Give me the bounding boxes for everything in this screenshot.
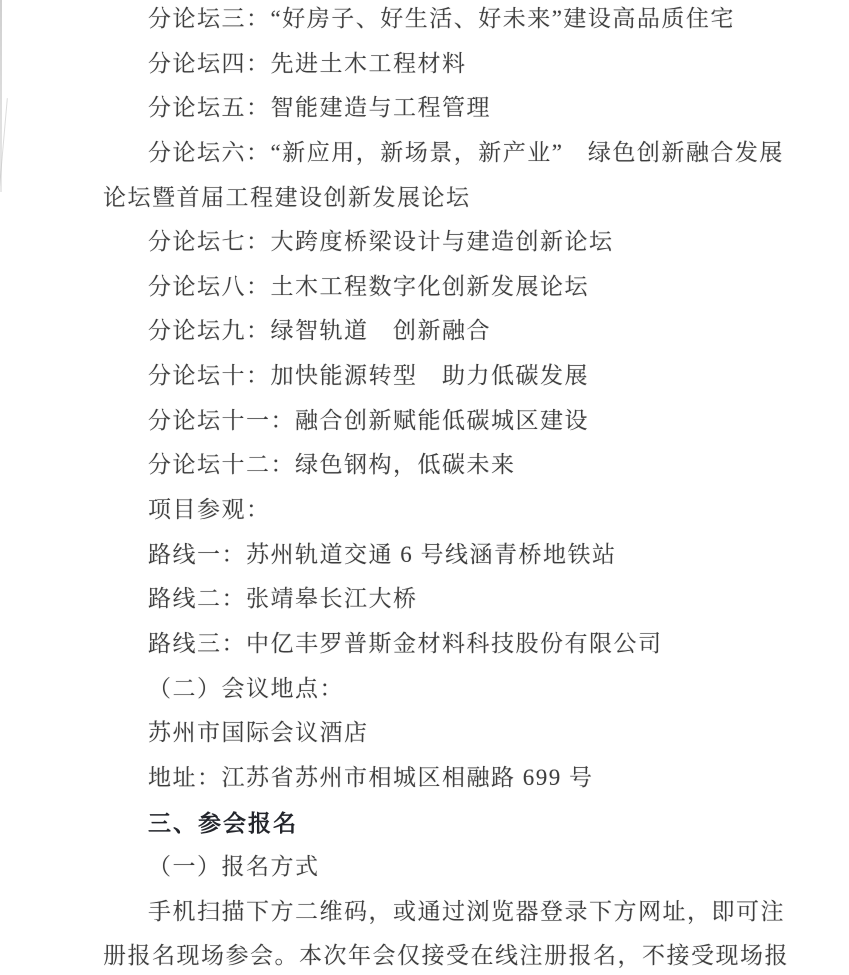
project-visit-label: 项目参观： bbox=[0, 488, 849, 533]
scanned-document-page: 分论坛三：“好房子、好生活、好未来”建设高品质住宅 分论坛四：先进土木工程材料 … bbox=[0, 0, 849, 975]
forum-5-line: 分论坛五：智能建造与工程管理 bbox=[0, 86, 849, 131]
signup-paragraph-line-1: 手机扫描下方二维码，或通过浏览器登录下方网址，即可注 bbox=[0, 890, 849, 935]
forum-4-line: 分论坛四：先进土木工程材料 bbox=[0, 42, 849, 87]
document-body: 分论坛三：“好房子、好生活、好未来”建设高品质住宅 分论坛四：先进土木工程材料 … bbox=[0, 0, 849, 975]
forum-7-line: 分论坛七：大跨度桥梁设计与建造创新论坛 bbox=[0, 220, 849, 265]
forum-6-line-2: 论坛暨首届工程建设创新发展论坛 bbox=[0, 176, 849, 221]
forum-12-line: 分论坛十二：绿色钢构，低碳未来 bbox=[0, 443, 849, 488]
route-2-line: 路线二：张靖皋长江大桥 bbox=[0, 577, 849, 622]
forum-6-line-1: 分论坛六：“新应用，新场景，新产业” 绿色创新融合发展 bbox=[0, 131, 849, 176]
venue-section-label: （二）会议地点： bbox=[0, 667, 849, 712]
forum-8-line: 分论坛八：土木工程数字化创新发展论坛 bbox=[0, 265, 849, 310]
section-3-heading: 三、参会报名 bbox=[0, 801, 849, 846]
hotel-name-line: 苏州市国际会议酒店 bbox=[0, 711, 849, 756]
signup-paragraph-line-2: 册报名现场参会。本次年会仅接受在线注册报名，不接受现场报 bbox=[0, 934, 849, 975]
forum-9-line: 分论坛九：绿智轨道 创新融合 bbox=[0, 309, 849, 354]
forum-11-line: 分论坛十一：融合创新赋能低碳城区建设 bbox=[0, 399, 849, 444]
route-1-line: 路线一：苏州轨道交通 6 号线涵青桥地铁站 bbox=[0, 533, 849, 578]
route-3-line: 路线三：中亿丰罗普斯金材料科技股份有限公司 bbox=[0, 622, 849, 667]
forum-3-line: 分论坛三：“好房子、好生活、好未来”建设高品质住宅 bbox=[0, 0, 849, 42]
address-line: 地址：江苏省苏州市相城区相融路 699 号 bbox=[0, 756, 849, 801]
forum-10-line: 分论坛十：加快能源转型 助力低碳发展 bbox=[0, 354, 849, 399]
signup-method-label: （一）报名方式 bbox=[0, 845, 849, 890]
